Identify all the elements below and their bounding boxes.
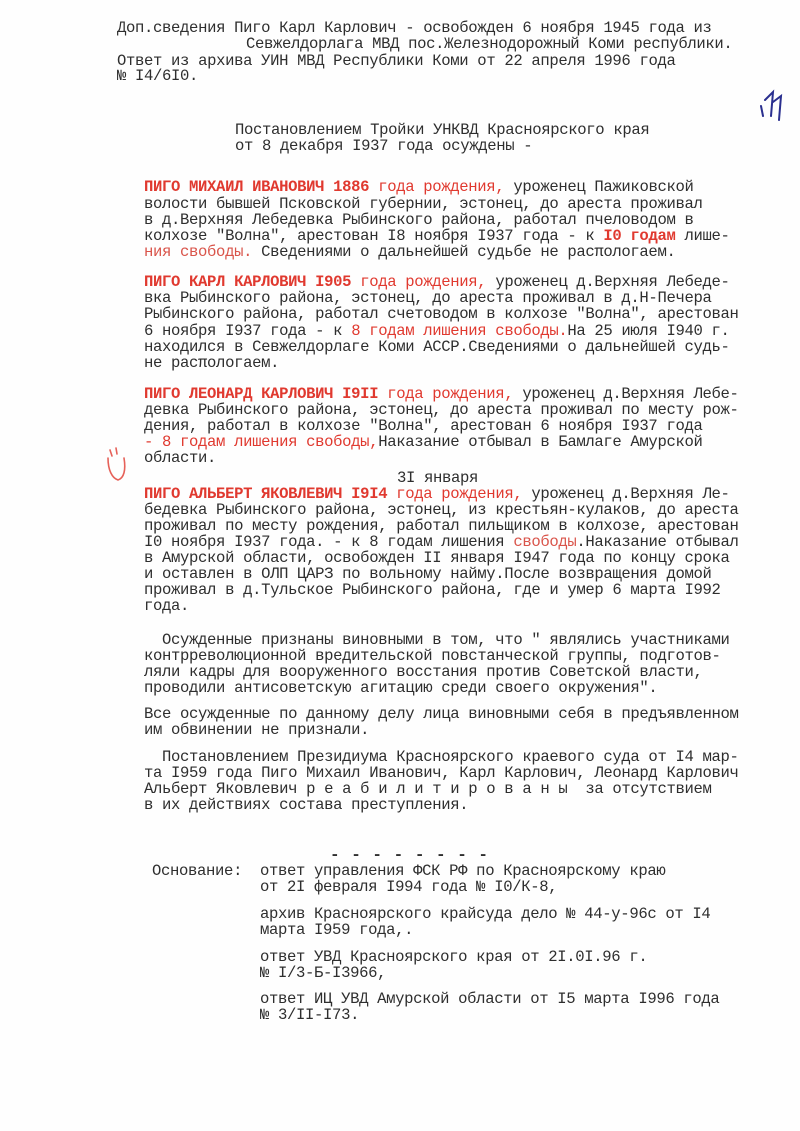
person-4-line-7: проживал в д.Тульское Рыбинского района,… [144, 582, 721, 598]
rehab-line-4: в их действиях состава преступления. [144, 797, 468, 813]
person-3-line-3: дения, работал в колхозе "Волна", аресто… [144, 418, 702, 434]
basis-label: Основание: [152, 863, 242, 879]
person-3-line-1: ПИГО ЛЕОНАРД КАРЛОВИЧ I9II года рождения… [144, 386, 739, 402]
person-1-line-1: ПИГО МИХАИЛ ИВАНОВИЧ 1886 года рождения,… [144, 179, 694, 195]
person-2-line-1: ПИГО КАРЛ КАРЛОВИЧ I905 года рождения, у… [144, 274, 730, 290]
verdict-line-3: ляли кадры для вооруженного восстания пр… [144, 664, 702, 680]
person-4-line-2: бедевка Рыбинского района, эстонец, из к… [144, 502, 739, 518]
person-4-line-3: проживал по месту рождения, работал пиль… [144, 518, 739, 534]
basis-item-1-line-2: от 2I февраля I994 года № I0/К-8, [260, 879, 557, 895]
title-line-2: от 8 декабря I937 года осуждены - [235, 138, 532, 154]
basis-item-4-line-2: № 3/II-I73. [260, 1007, 359, 1023]
person-4-line-8: года. [144, 598, 189, 614]
header-line-1: Доп.сведения Пиго Карл Карлович - освобо… [117, 20, 712, 36]
person-3-line-2: девка Рыбинского района, эстонец, до аре… [144, 402, 739, 418]
person-1-name: ПИГО МИХАИЛ ИВАНОВИЧ 1886 [144, 178, 369, 196]
person-2-line-3: Рыбинского района, работал счетоводом в … [144, 306, 739, 322]
verdict-line-1: Осужденные признаны виновными в том, что… [144, 632, 730, 648]
person-2-line-5: находился в Севжелдорлаге Коми АССР.Свед… [144, 339, 730, 355]
red-stamp-mark-icon [102, 444, 132, 484]
verdict-line-2: контрреволюционной вредительской повстан… [144, 648, 721, 664]
person-4-line-5: в Амурской области, освобожден II января… [144, 550, 730, 566]
person-4-line-4: I0 ноября I937 года. - к 8 годам лишения… [144, 534, 739, 550]
verdict-line-4: проводили антисоветскую агитацию среди с… [144, 680, 657, 696]
rehab-line-3: Альберт Яковлевич р е а б и л и т и р о … [144, 781, 712, 797]
person-2-line-4: 6 ноября I937 года - к 8 годам лишения с… [144, 323, 730, 339]
plea-line-2: им обвинении не признали. [144, 722, 369, 738]
person-4-line-1: ПИГО АЛЬБЕРТ ЯКОВЛЕВИЧ I9I4 года рождени… [144, 486, 730, 502]
person-2-line-6: не расπологаем. [144, 355, 279, 371]
person-4-annotation: 3I января [397, 470, 478, 486]
person-1-line-4: колхозе "Волна", арестован I8 ноября I93… [144, 228, 730, 244]
person-3-line-5: области. [144, 450, 216, 466]
person-1-line-2: волости бывшей Псковской губернии, эстон… [144, 196, 702, 212]
header-line-4: № I4/6I0. [117, 68, 198, 84]
basis-item-2-line-1: архив Красноярского крайсуда дело № 44-у… [260, 906, 710, 922]
header-line-2: Севжелдорлага МВД пос.Железнодорожный Ко… [246, 36, 732, 52]
title-line-1: Постановлением Тройки УНКВД Красноярског… [235, 122, 649, 138]
basis-item-4-line-1: ответ ИЦ УВД Амурской области от I5 март… [260, 991, 719, 1007]
person-4-line-6: и оставлен в ОЛП ЦАРЗ по вольному найму.… [144, 566, 712, 582]
person-2-line-2: вка Рыбинского района, эстонец, до арест… [144, 290, 712, 306]
person-3-line-4: - 8 годам лишения свободы,Наказание отбы… [144, 434, 702, 450]
basis-item-1-line-1: ответ управления ФСК РФ по Красноярскому… [260, 863, 665, 879]
basis-item-3-line-1: ответ УВД Красноярского края от 2I.0I.96… [260, 949, 647, 965]
header-line-3: Ответ из архива УИН МВД Республики Коми … [117, 53, 675, 69]
plea-line-1: Все осужденные по данному делу лица вино… [144, 706, 739, 722]
person-1-line-3: в д.Верхняя Лебедевка Рыбинского района,… [144, 212, 693, 228]
person-1-line-5: ния свободы. Сведениями о дальнейшей суд… [144, 244, 675, 260]
rehab-line-1: Постановлением Президиума Красноярского … [144, 749, 739, 765]
rehab-line-2: та I959 года Пиго Михаил Иванович, Карл … [144, 765, 739, 781]
person-1-birth: года рождения, [378, 178, 504, 196]
document-page: Доп.сведения Пиго Карл Карлович - освобо… [0, 0, 800, 1131]
signature-icon [755, 86, 789, 122]
basis-item-3-line-2: № I/3-Б-I3966, [260, 965, 386, 981]
basis-item-2-line-2: марта I959 года,. [260, 922, 413, 938]
